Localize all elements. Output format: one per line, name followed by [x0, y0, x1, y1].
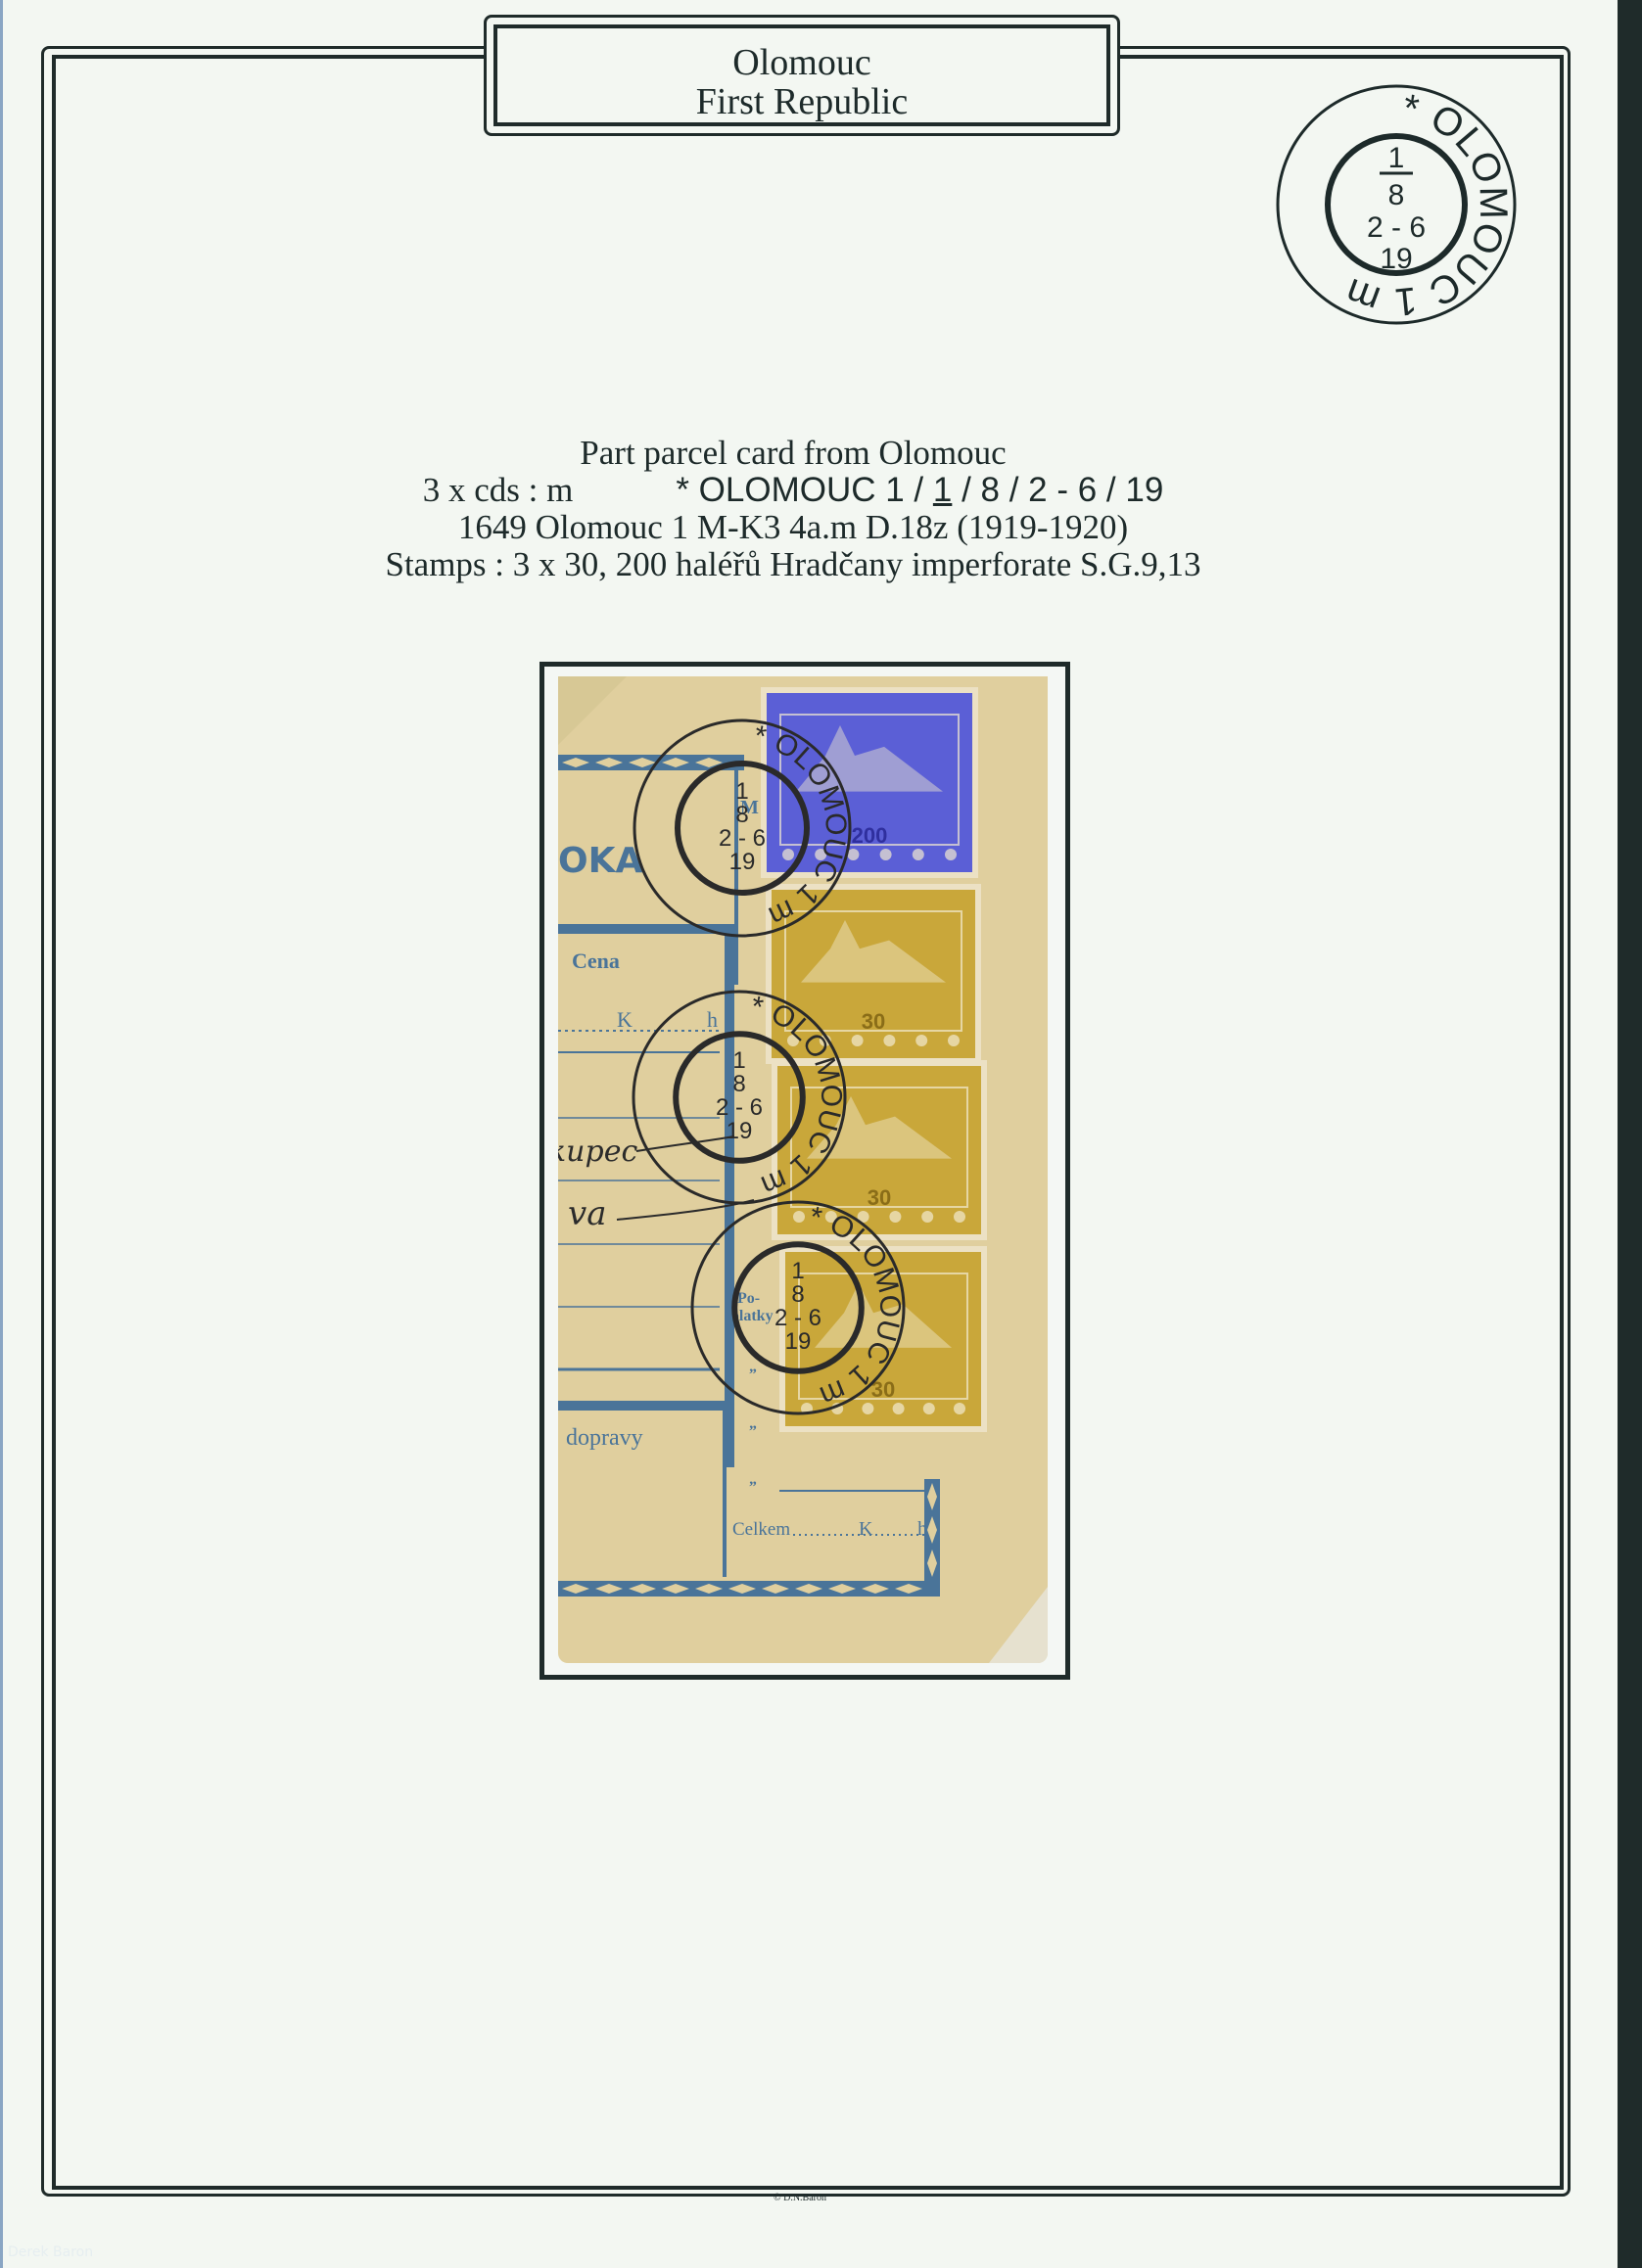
underlined-digit: 1 — [933, 471, 952, 509]
cancellation-1: * OLOMOUC 1 m182 - 619 — [634, 719, 852, 936]
ornamental-border-bottom — [558, 1581, 940, 1597]
parcel-card-fragment: OKA M Cena K h kupec va dopravy Po- — [558, 676, 1048, 1663]
svg-text:„: „ — [749, 1415, 757, 1432]
svg-text:2 - 6: 2 - 6 — [719, 825, 766, 852]
postmark-date-1: 1 — [1388, 142, 1405, 174]
svg-text:2 - 6: 2 - 6 — [716, 1094, 763, 1121]
description-line-1: Part parcel card from Olomouc — [255, 435, 1332, 472]
svg-text:2 - 6: 2 - 6 — [774, 1305, 821, 1331]
svg-text:„: „ — [749, 1471, 757, 1488]
svg-text:8: 8 — [791, 1281, 804, 1308]
svg-text:8: 8 — [732, 1071, 745, 1097]
postmark-date-3: 2 - 6 — [1367, 211, 1426, 244]
postmark-illustration: * OLOMOUC 1 m 1 8 2 - 6 19 — [1275, 83, 1518, 326]
card-price-label: Cena — [572, 949, 620, 973]
handwriting-1: kupec — [558, 1134, 637, 1169]
title-cartouche: Olomouc First Republic — [484, 15, 1120, 136]
watermark: Derek Baron — [8, 2245, 93, 2260]
postmark-date-2: 8 — [1388, 179, 1405, 211]
stamp-mount: OKA M Cena K h kupec va dopravy Po- — [540, 662, 1070, 1680]
description-line-2: 3 x cds : m* OLOMOUC 1 / 1 / 8 / 2 - 6 /… — [255, 472, 1332, 509]
page-title: Olomouc — [487, 43, 1117, 82]
parcel-card-artwork: OKA M Cena K h kupec va dopravy Po- — [558, 676, 1048, 1663]
svg-text:19: 19 — [729, 849, 756, 875]
card-total-label: Celkem — [732, 1519, 790, 1540]
svg-text:1: 1 — [735, 778, 748, 805]
handwriting-2: va — [568, 1194, 606, 1233]
cancellation-2: * OLOMOUC 1 m182 - 619 — [633, 991, 847, 1203]
svg-text:19: 19 — [727, 1118, 753, 1144]
svg-text:19: 19 — [785, 1328, 812, 1355]
stamp-1: 200 — [761, 687, 978, 878]
svg-text:8: 8 — [735, 802, 748, 828]
ornamental-border-right — [924, 1479, 940, 1583]
cds-count: 3 x cds : m — [423, 471, 574, 509]
card-h-label: h — [707, 1007, 718, 1032]
card-transport-label: dopravy — [566, 1425, 643, 1451]
svg-text:K: K — [859, 1518, 873, 1540]
description-line-4: Stamps : 3 x 30, 200 haléřů Hradčany imp… — [255, 546, 1332, 583]
scan-edge-left — [0, 0, 3, 2268]
scan-edge-right — [1618, 0, 1642, 2268]
copyright-notice: © D.N.Baron — [774, 2193, 826, 2203]
svg-text:„: „ — [749, 1359, 757, 1375]
svg-text:200: 200 — [852, 823, 888, 848]
postmark-reading: * OLOMOUC 1 / 1 / 8 / 2 - 6 / 19 — [676, 471, 1163, 509]
postmark-date-4: 19 — [1380, 243, 1412, 275]
card-k-label: K — [617, 1007, 633, 1032]
svg-text:30: 30 — [862, 1009, 885, 1034]
postmark-ring-text: * OLOMOUC 1 m — [1340, 86, 1516, 323]
card-heading-fragment: OKA — [558, 841, 643, 881]
page-subtitle: First Republic — [487, 82, 1117, 121]
svg-text:1: 1 — [732, 1047, 745, 1074]
description-line-3: 1649 Olomouc 1 M-K3 4a.m D.18z (1919-192… — [255, 509, 1332, 546]
card-fees-label-1: Po- — [737, 1290, 760, 1307]
svg-text:1: 1 — [791, 1258, 804, 1284]
svg-text:30: 30 — [868, 1185, 891, 1210]
